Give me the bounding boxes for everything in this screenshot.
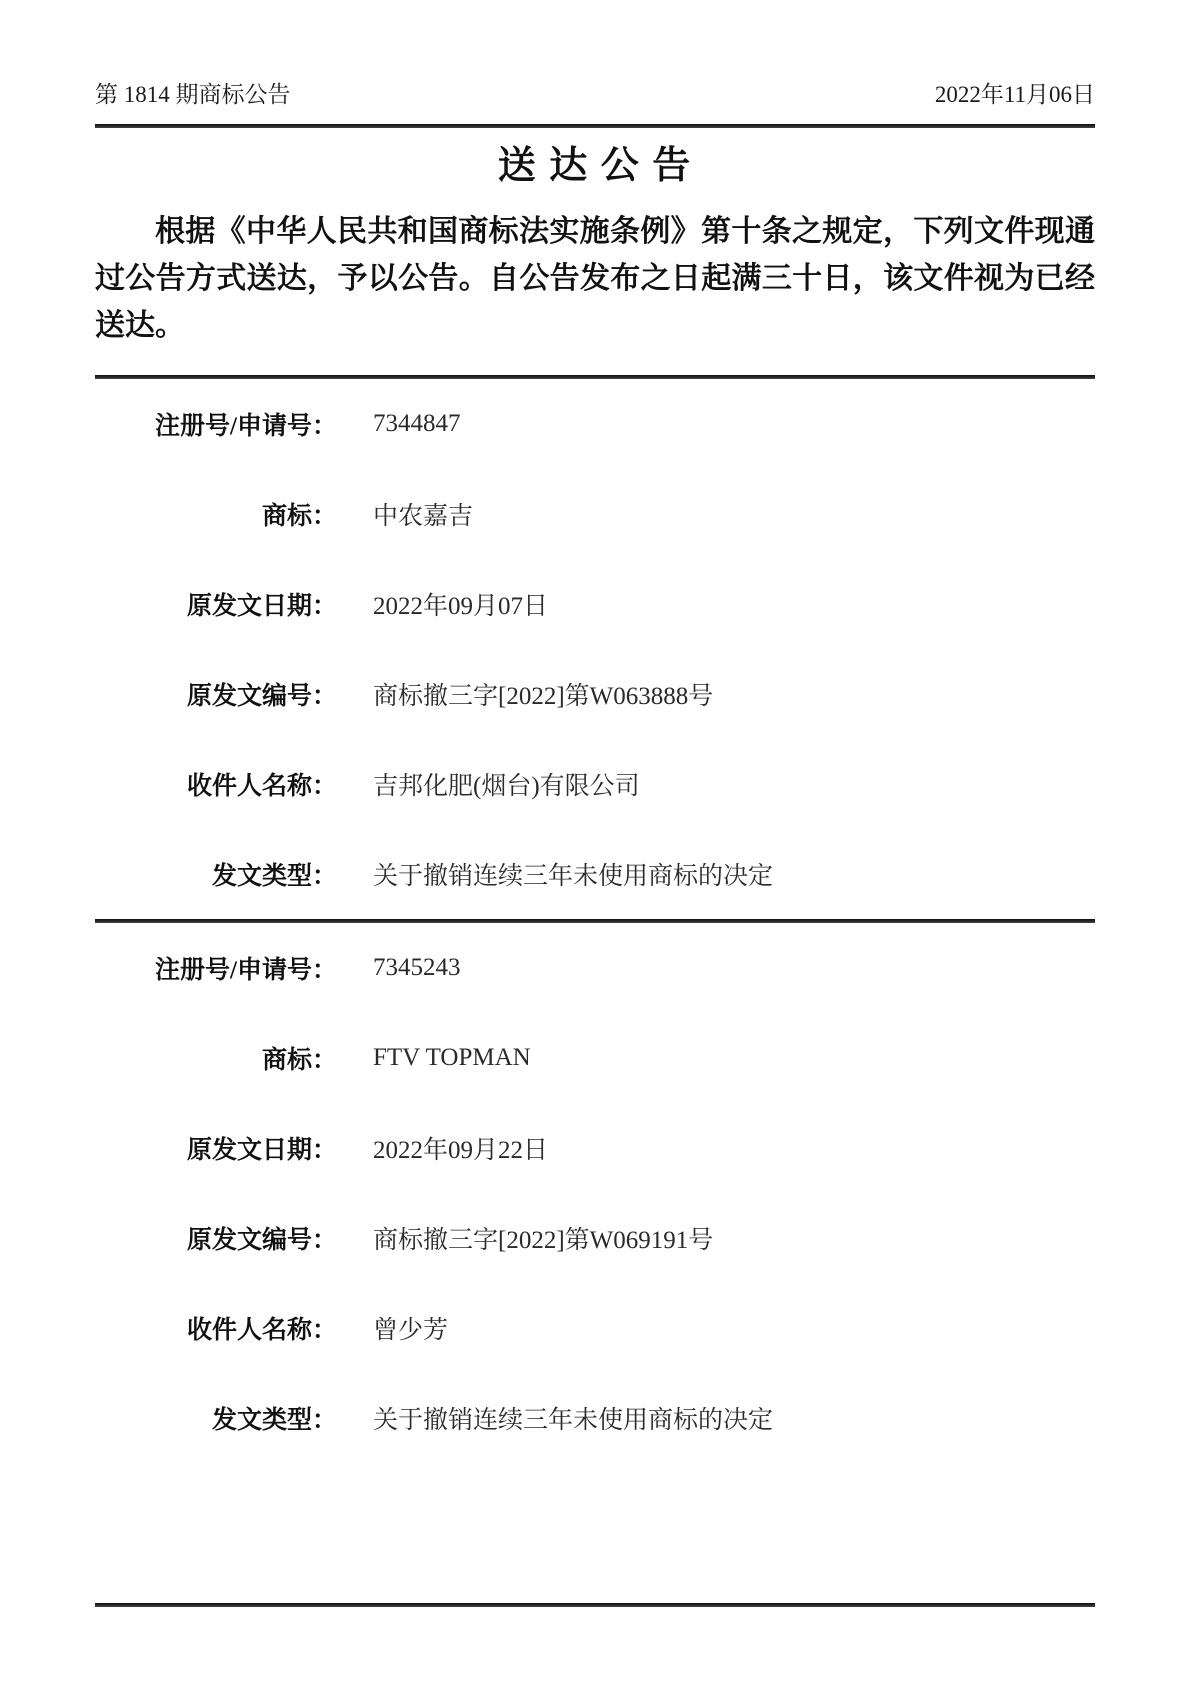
field-value-recipient: 曾少芳 bbox=[373, 1310, 448, 1346]
field-value-recipient: 吉邦化肥(烟台)有限公司 bbox=[373, 766, 640, 802]
publication-date: 2022年11月06日 bbox=[935, 80, 1095, 110]
field-label-trademark: 商标： bbox=[95, 496, 337, 532]
field-label-doc-type: 发文类型： bbox=[95, 1400, 337, 1436]
page-title: 送 达 公 告 bbox=[95, 142, 1095, 190]
field-label-trademark: 商标： bbox=[95, 1040, 337, 1076]
record-row: 商标： 中农嘉吉 bbox=[95, 469, 1095, 559]
field-label-recipient: 收件人名称： bbox=[95, 766, 337, 802]
field-label-doc-type: 发文类型： bbox=[95, 856, 337, 892]
record-2: 注册号/申请号： 7345243 商标： FTV TOPMAN 原发文日期： 2… bbox=[95, 923, 1095, 1463]
field-value-trademark: FTV TOPMAN bbox=[373, 1044, 531, 1072]
field-label-orig-no: 原发文编号： bbox=[95, 1220, 337, 1256]
record-row: 发文类型： 关于撤销连续三年未使用商标的决定 bbox=[95, 829, 1095, 919]
field-value-doc-type: 关于撤销连续三年未使用商标的决定 bbox=[373, 1400, 773, 1436]
record-row: 原发文编号： 商标撤三字[2022]第W063888号 bbox=[95, 649, 1095, 739]
field-label-recipient: 收件人名称： bbox=[95, 1310, 337, 1346]
gazette-page: 第 1814 期商标公告 2022年11月06日 送 达 公 告 根据《中华人民… bbox=[0, 0, 1190, 1684]
record-row: 商标： FTV TOPMAN bbox=[95, 1013, 1095, 1103]
field-value-orig-no: 商标撤三字[2022]第W063888号 bbox=[373, 676, 713, 712]
field-value-orig-no: 商标撤三字[2022]第W069191号 bbox=[373, 1220, 713, 1256]
field-value-orig-date: 2022年09月22日 bbox=[373, 1130, 548, 1166]
record-row: 原发文日期： 2022年09月07日 bbox=[95, 559, 1095, 649]
record-row: 注册号/申请号： 7344847 bbox=[95, 379, 1095, 469]
record-row: 原发文日期： 2022年09月22日 bbox=[95, 1103, 1095, 1193]
field-label-orig-date: 原发文日期： bbox=[95, 586, 337, 622]
record-row: 原发文编号： 商标撤三字[2022]第W069191号 bbox=[95, 1193, 1095, 1283]
field-value-doc-type: 关于撤销连续三年未使用商标的决定 bbox=[373, 856, 773, 892]
record-row: 收件人名称： 曾少芳 bbox=[95, 1283, 1095, 1373]
page-header: 第 1814 期商标公告 2022年11月06日 bbox=[95, 80, 1095, 110]
record-row: 发文类型： 关于撤销连续三年未使用商标的决定 bbox=[95, 1373, 1095, 1463]
gazette-issue-label: 第 1814 期商标公告 bbox=[95, 80, 291, 110]
field-label-reg-no: 注册号/申请号： bbox=[95, 950, 337, 986]
field-value-orig-date: 2022年09月07日 bbox=[373, 586, 548, 622]
record-row: 收件人名称： 吉邦化肥(烟台)有限公司 bbox=[95, 739, 1095, 829]
intro-paragraph: 根据《中华人民共和国商标法实施条例》第十条之规定，下列文件现通过公告方式送达，予… bbox=[95, 208, 1095, 349]
record-1: 注册号/申请号： 7344847 商标： 中农嘉吉 原发文日期： 2022年09… bbox=[95, 379, 1095, 919]
field-label-orig-no: 原发文编号： bbox=[95, 676, 337, 712]
field-label-reg-no: 注册号/申请号： bbox=[95, 406, 337, 442]
header-divider bbox=[95, 124, 1095, 128]
record-row: 注册号/申请号： 7345243 bbox=[95, 923, 1095, 1013]
field-value-trademark: 中农嘉吉 bbox=[373, 496, 473, 532]
field-value-reg-no: 7345243 bbox=[373, 954, 461, 982]
field-value-reg-no: 7344847 bbox=[373, 410, 461, 438]
page-bottom-divider bbox=[95, 1603, 1095, 1607]
field-label-orig-date: 原发文日期： bbox=[95, 1130, 337, 1166]
